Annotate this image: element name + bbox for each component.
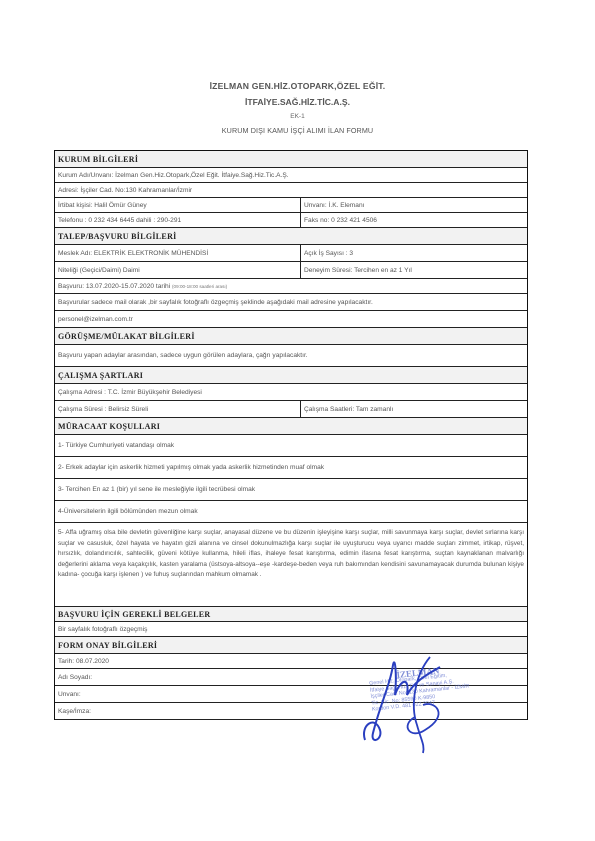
- row-telefon: Telefonu : 0 232 434 6445 dahili : 290-2…: [55, 213, 527, 228]
- row-basvuru: Başvuru: 13.07.2020-15.07.2020 tarihi (0…: [55, 279, 527, 294]
- condition-item: 4-Üniversitelerin ilgili bölümünden mezu…: [55, 501, 527, 523]
- work-address: Çalışma Adresi : T.C. İzmir Büyükşehir B…: [55, 384, 527, 400]
- contact-title: Unvanı: İ.K. Elemanı: [300, 198, 527, 212]
- application-instructions: Başvurular sadece mail olarak ,bir sayfa…: [55, 294, 527, 310]
- condition-text: 4-Üniversitelerin ilgili bölümünden mezu…: [55, 501, 527, 522]
- row-email: personel@izelman.com.tr: [55, 311, 527, 328]
- condition-text: 3- Tercihen En az 1 (bir) yıl sene ile m…: [55, 479, 527, 500]
- annex-label: EK-1: [0, 113, 595, 120]
- form-title: KURUM DIŞI KAMU İŞÇİ ALIMI İLAN FORMU: [0, 126, 595, 135]
- condition-text: 2- Erkek adaylar için askerlik hizmeti y…: [55, 457, 527, 478]
- row-adres: Adresi: İşçiler Cad. No:130 Kahramanlar/…: [55, 183, 527, 198]
- section-talep-header: TALEP/BAŞVURU BİLGİLERİ: [55, 228, 527, 245]
- condition-item: 1- Türkiye Cumhuriyeti vatandaşı olmak: [55, 435, 527, 457]
- company-name-line2: İTFAİYE.SAĞ.HİZ.TİC.A.Ş.: [0, 97, 595, 107]
- section-title: KURUM BİLGİLERİ: [55, 151, 527, 167]
- row-nitelik: Niteliği (Geçici/Daimi) Daimi Deneyim Sü…: [55, 262, 527, 279]
- application-hours: (09:00-18:00 saatleri arası): [172, 284, 227, 289]
- section-muracaat-header: MÜRACAAT KOŞULLARI: [55, 418, 527, 435]
- row-kurum-adi: Kurum Adı/Unvanı: İzelman Gen.Hiz.Otopar…: [55, 168, 527, 183]
- section-gorusme-header: GÖRÜŞME/MÜLAKAT BİLGİLERİ: [55, 328, 527, 345]
- condition-item: 5- Affa uğramış olsa bile devletin güven…: [55, 523, 527, 607]
- institution-name: Kurum Adı/Unvanı: İzelman Gen.Hiz.Otopar…: [55, 168, 527, 182]
- contact-person: İrtibat kişisi: Halil Ömür Güney: [55, 198, 300, 212]
- application-period: Başvuru: 13.07.2020-15.07.2020 tarihi: [58, 283, 170, 290]
- section-title: ÇALIŞMA ŞARTLARI: [55, 367, 527, 383]
- condition-item: 3- Tercihen En az 1 (bir) yıl sene ile m…: [55, 479, 527, 501]
- signature-icon: [355, 645, 475, 755]
- fax: Faks no: 0 232 421 4506: [300, 213, 527, 227]
- institution-address: Adresi: İşçiler Cad. No:130 Kahramanlar/…: [55, 183, 527, 197]
- job-posting-form: KURUM BİLGİLERİ Kurum Adı/Unvanı: İzelma…: [54, 150, 528, 720]
- employment-type: Niteliği (Geçici/Daimi) Daimi: [55, 262, 300, 278]
- section-title: TALEP/BAŞVURU BİLGİLERİ: [55, 228, 527, 244]
- section-title: BAŞVURU İÇİN GEREKLİ BELGELER: [55, 607, 527, 621]
- interview-info: Başvuru yapan adaylar arasından, sadece …: [55, 345, 527, 366]
- application-dates: Başvuru: 13.07.2020-15.07.2020 tarihi (0…: [55, 279, 527, 293]
- section-belgeler-header: BAŞVURU İÇİN GEREKLİ BELGELER: [55, 607, 527, 622]
- occupation: Meslek Adı: ELEKTRİK ELEKTRONİK MÜHENDİS…: [55, 245, 300, 261]
- row-belgeler: Bir sayfalık fotoğraflı özgeçmiş: [55, 622, 527, 637]
- section-calisma-header: ÇALIŞMA ŞARTLARI: [55, 367, 527, 384]
- section-title: MÜRACAAT KOŞULLARI: [55, 418, 527, 434]
- row-calisma-sure: Çalışma Süresi : Belirsiz Süreli Çalışma…: [55, 401, 527, 418]
- company-name-line1: İZELMAN GEN.HİZ.OTOPARK,ÖZEL EĞİT.: [0, 81, 595, 91]
- required-documents: Bir sayfalık fotoğraflı özgeçmiş: [55, 622, 527, 636]
- row-basvuru-not: Başvurular sadece mail olarak ,bir sayfa…: [55, 294, 527, 311]
- work-duration: Çalışma Süresi : Belirsiz Süreli: [55, 401, 300, 417]
- row-gorusme: Başvuru yapan adaylar arasından, sadece …: [55, 345, 527, 367]
- application-email[interactable]: personel@izelman.com.tr: [55, 311, 527, 327]
- phone: Telefonu : 0 232 434 6445 dahili : 290-2…: [55, 213, 300, 227]
- experience-required: Deneyim Süresi: Tercihen en az 1 Yıl: [300, 262, 527, 278]
- condition-item: 2- Erkek adaylar için askerlik hizmeti y…: [55, 457, 527, 479]
- work-hours: Çalışma Saatleri: Tam zamanlı: [300, 401, 527, 417]
- section-kurum-header: KURUM BİLGİLERİ: [55, 151, 527, 168]
- row-meslek: Meslek Adı: ELEKTRİK ELEKTRONİK MÜHENDİS…: [55, 245, 527, 262]
- condition-text: 5- Affa uğramış olsa bile devletin güven…: [55, 523, 527, 606]
- open-positions: Açık İş Sayısı : 3: [300, 245, 527, 261]
- condition-text: 1- Türkiye Cumhuriyeti vatandaşı olmak: [55, 435, 527, 456]
- section-title: GÖRÜŞME/MÜLAKAT BİLGİLERİ: [55, 328, 527, 344]
- row-calisma-adres: Çalışma Adresi : T.C. İzmir Büyükşehir B…: [55, 384, 527, 401]
- row-irtibat: İrtibat kişisi: Halil Ömür Güney Unvanı:…: [55, 198, 527, 213]
